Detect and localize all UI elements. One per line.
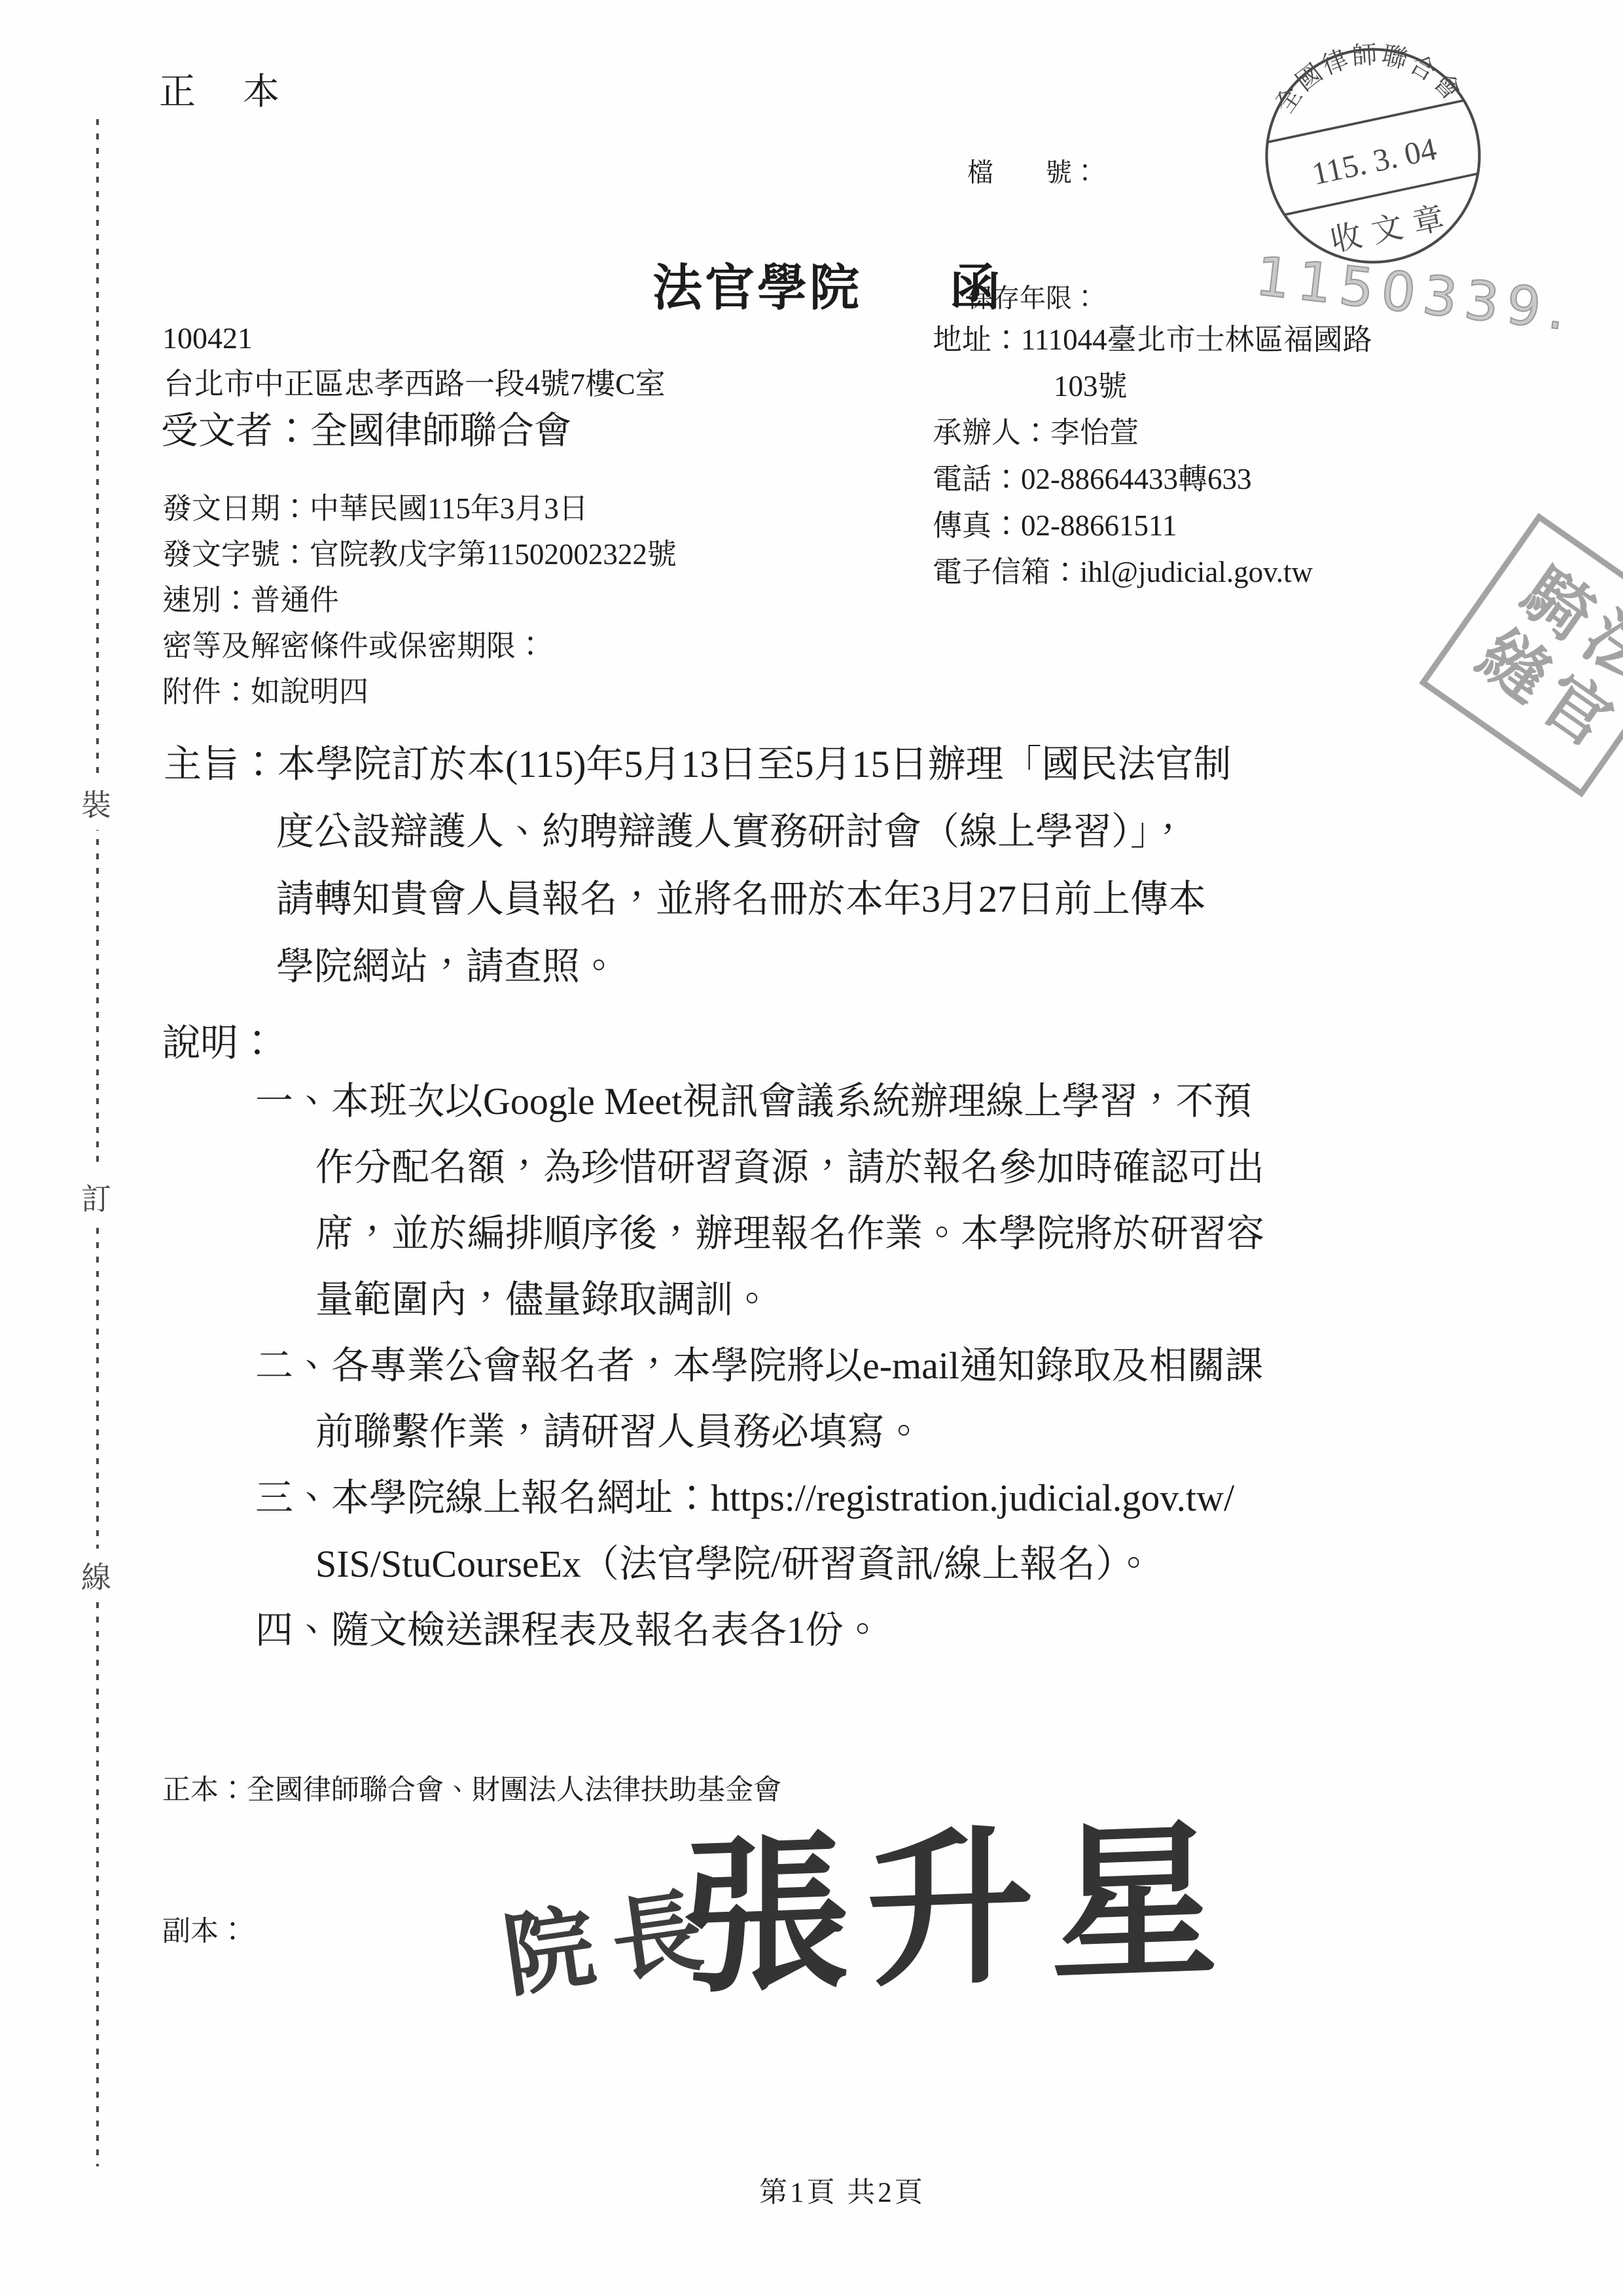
stamp-received-label: 收文章 [1327,198,1457,259]
explanation-line: SIS/StuCourseEx（法官學院/研習資訊/線上報名）。 [315,1531,1264,1597]
document-meta-line: 密等及解密條件或保密期限： [162,623,677,669]
subject-line: 主旨：本學院訂於本(115)年5月13日至5月15日辦理「國民法官制 [164,730,1231,798]
binding-mark-xian: 線 [81,1549,111,1602]
explanation-line: 二、各專業公會報名者，本學院將以e-mail通知錄取及相關課 [255,1333,1264,1399]
document-title-org: 法官學院 [652,261,862,316]
explanation-line: 作分配名額，為珍惜研習資源，請於報名參加時確認可出 [315,1134,1264,1200]
document-meta-line: 發文字號：官院教戊字第11502002322號 [162,531,677,577]
recipient-line: 受文者：全國律師聯合會 [161,401,571,454]
subject-block: 主旨：本學院訂於本(115)年5月13日至5月15日辦理「國民法官制度公設辯護人… [164,730,1231,1000]
subject-line: 度公設辯護人、約聘辯護人實務研討會（線上學習）」， [276,798,1231,865]
document-meta-line: 發文日期：中華民國115年3月3日 [162,486,677,531]
binding-mark-ding: 訂 [81,1170,111,1224]
sender-contact-line: 傳真：02-88661511 [933,503,1372,549]
file-number-label: 檔 號： [967,152,1098,194]
binding-mark-zhuang: 裝 [81,776,111,830]
explanation-heading: 說明： [162,1012,276,1067]
explanation-list: 一、本班次以Google Meet視訊會議系統辦理線上學習，不預作分配名額，為珍… [164,1068,1264,1663]
cross-page-seal: 法官 騎縫 [1419,513,1623,798]
binding-dotted-line [96,119,99,2166]
explanation-line: 席，並於編排順序後，辦理報名作業。本學院將於研習容 [315,1200,1264,1266]
sender-contact-line: 電話：02-88664433轉633 [933,456,1372,503]
subject-line: 學院網站，請查照。 [276,933,1231,1000]
sender-contact-line: 103號 [1054,363,1372,410]
received-stamp: 全國律師聯合會 115. 3. 04 收文章 [1250,33,1496,279]
sender-contact-line: 電子信箱：ihl@judicial.gov.tw [933,549,1372,596]
document-meta-block: 發文日期：中華民國115年3月3日發文字號：官院教戊字第11502002322號… [162,486,677,715]
subject-line: 請轉知貴會人員報名，並將名冊於本年3月27日前上傳本 [276,865,1231,933]
page-number-footer: 第1頁 共2頁 [759,2170,925,2210]
explanation-line: 前聯繫作業，請研習人員務必填寫。 [315,1399,1264,1465]
document-title-type: 函 [950,261,1003,316]
sender-contact-block: 地址：111044臺北市士林區福國路103號承辦人：李怡萱電話：02-88664… [933,317,1372,596]
sender-contact-line: 地址：111044臺北市士林區福國路 [933,317,1372,363]
stamp-date: 115. 3. 04 [1309,131,1440,192]
copy-type-label: 正 本 [159,63,285,115]
document-meta-line: 附件：如說明四 [162,669,677,715]
sender-contact-line: 承辦人：李怡萱 [933,410,1372,456]
document-meta-line: 速別：普通件 [162,577,677,623]
recipient-zip: 100421 [162,321,253,355]
explanation-line: 四、隨文檢送課程表及報名表各1份。 [255,1597,1264,1663]
explanation-line: 量範圍內，儘量錄取調訓。 [315,1266,1264,1333]
explanation-line: 一、本班次以Google Meet視訊會議系統辦理線上學習，不預 [255,1068,1264,1134]
signer-name-signature: 張升星 [682,1765,1236,2026]
scanned-letter-page: 裝 訂 線 正 本 檔 號： 保存年限： 全國律師聯合會 115. 3. 04 … [0,0,1623,2296]
recipient-address: 台北市中正區忠孝西路一段4號7樓C室 [164,360,666,403]
explanation-line: 三、本學院線上報名網址：https://registration.judicia… [255,1465,1264,1531]
